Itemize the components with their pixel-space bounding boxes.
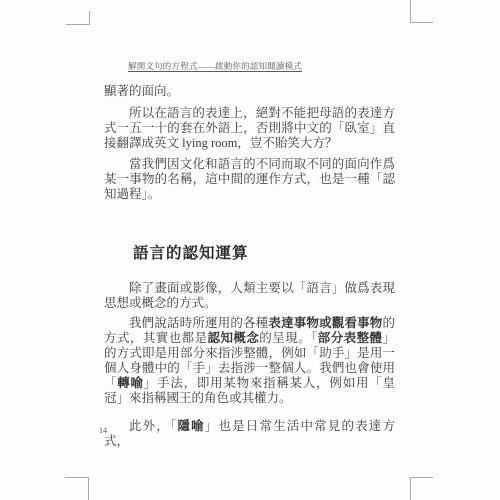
text-segment: 當我們因文化和語言的不同而取不同的面向作爲某一事物的名稱，這中間的運作方式，也是… — [104, 157, 395, 201]
running-head: 解開文句的方程式——啟動你的認知閱讀模式 — [128, 60, 302, 72]
bold-text-segment: 表達事物或觀看事物 — [268, 316, 382, 330]
text-segment: 的呈現。「 — [259, 331, 317, 345]
bold-text-segment: 轉喻 — [117, 376, 144, 390]
trim-mark-top-left — [66, 11, 90, 25]
page-body: 顯著的面向。所以在語言的表達上，絕對不能把母語的表達方式一五一十的套在外語上，否… — [104, 84, 395, 449]
text-segment: 此外，「 — [129, 419, 177, 433]
text-segment: 」手法，即用某物來指稱某人，例如用「皇冠」來指稱國王的角色或其權力。 — [104, 376, 395, 405]
book-page-scan: { "page": { "running_head": "解開文句的方程式——啟… — [0, 0, 500, 500]
bold-text-segment: 認知概念 — [208, 331, 260, 345]
bold-text-segment: 部分表整體 — [318, 331, 383, 345]
body-paragraph: 除了畫面或影像，人類主要以「語言」做爲表現思想或概念的方式。 — [104, 281, 395, 311]
text-segment: 除了畫面或影像，人類主要以「語言」做爲表現思想或概念的方式。 — [104, 281, 395, 310]
page-number: 14 — [99, 426, 107, 435]
body-paragraph: 顯著的面向。 — [104, 84, 395, 99]
trim-mark-bottom-left — [65, 477, 89, 500]
body-paragraph: 此外，「隱喻」也是日常生活中常見的表達方式， — [104, 419, 395, 449]
trim-mark-bottom-right — [410, 477, 433, 500]
body-paragraph: 當我們因文化和語言的不同而取不同的面向作爲某一事物的名稱，這中間的運作方式，也是… — [104, 157, 395, 202]
text-segment: 我們說話時所運用的各種 — [129, 316, 268, 330]
text-segment: 所以在語言的表達上，絕對不能把母語的表達方式一五一十的套在外語上，否則將中文的「… — [104, 106, 395, 150]
bold-text-segment: 隱喻 — [177, 419, 204, 433]
body-paragraph: 所以在語言的表達上，絕對不能把母語的表達方式一五一十的套在外語上，否則將中文的「… — [104, 106, 395, 151]
body-paragraph: 我們說話時所運用的各種表達事物或觀看事物的方式，其實也都是認知概念的呈現。「部分… — [104, 316, 395, 406]
section-heading: 語言的認知運算 — [104, 244, 395, 264]
text-segment: 顯著的面向。 — [104, 84, 179, 98]
trim-mark-top-right — [410, 0, 433, 23]
